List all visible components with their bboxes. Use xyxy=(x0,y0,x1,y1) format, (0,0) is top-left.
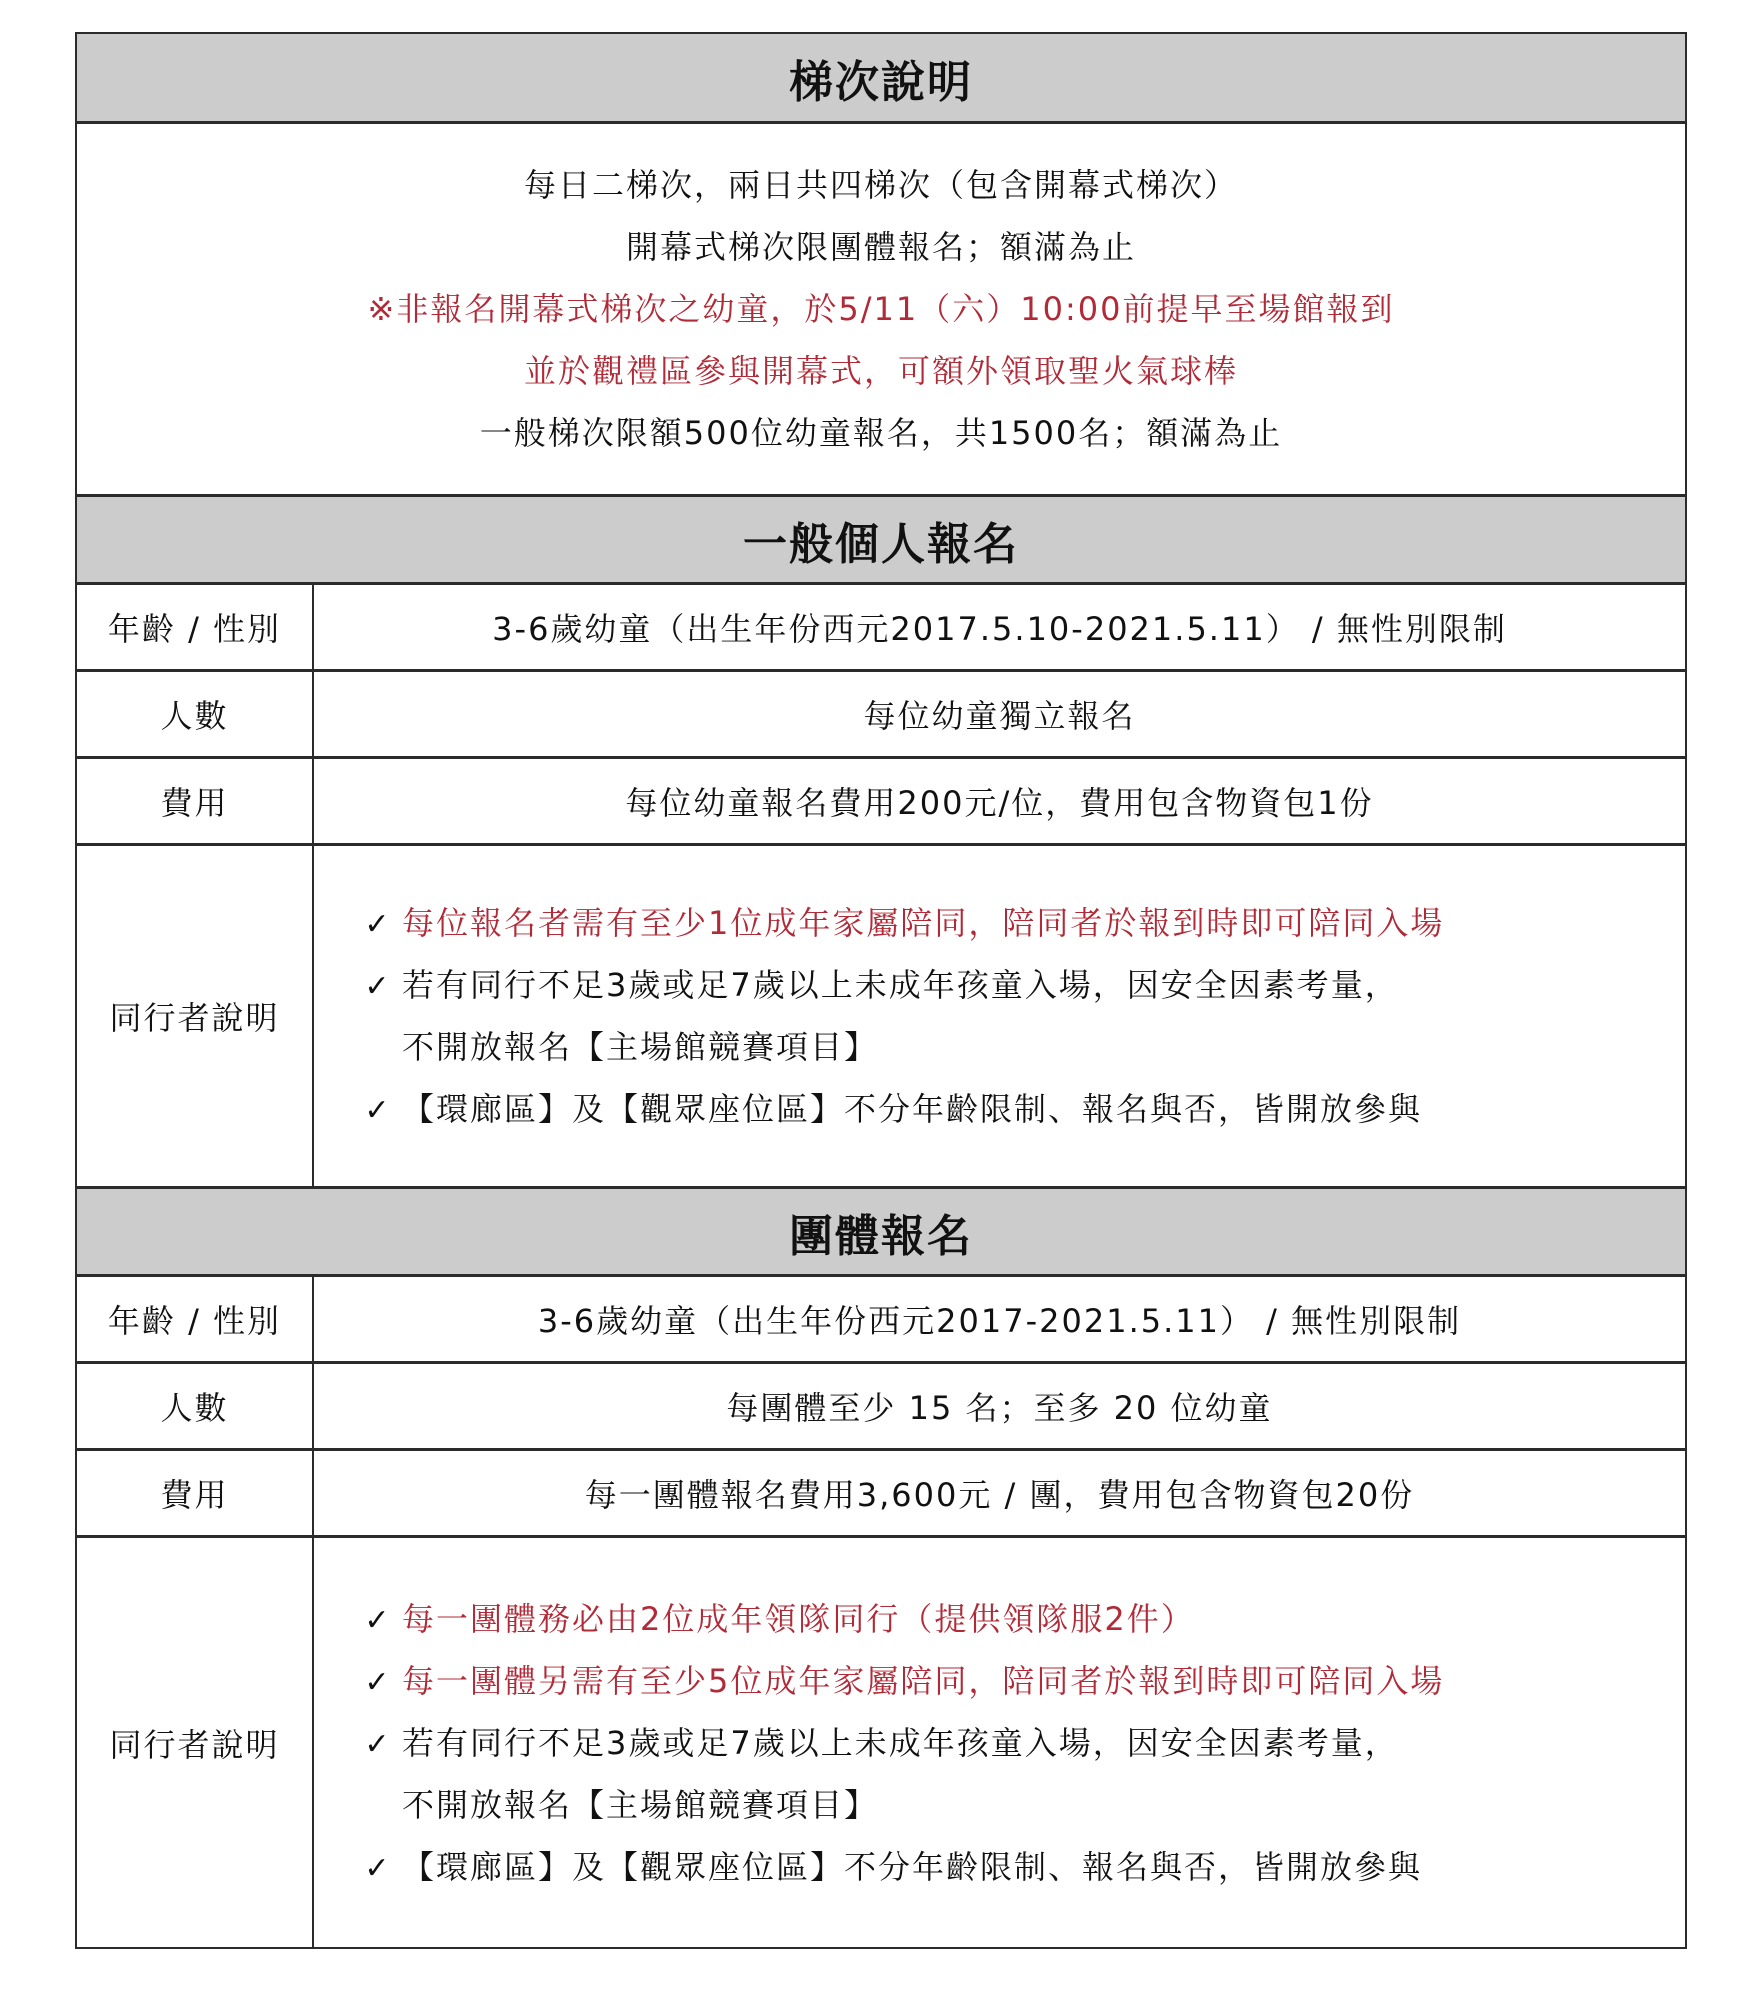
row-value: 每一團體報名費用3,600元 / 團，費用包含物資包20份 xyxy=(314,1451,1685,1535)
companion-checklist: ✓ 每一團體務必由2位成年領隊同行（提供領隊服2件） ✓ 每一團體另需有至少5位… xyxy=(354,1588,1444,1898)
row-value: ✓ 每一團體務必由2位成年領隊同行（提供領隊服2件） ✓ 每一團體另需有至少5位… xyxy=(314,1538,1685,1947)
table-row-companion: 同行者說明 ✓ 每一團體務必由2位成年領隊同行（提供領隊服2件） ✓ 每一團體另… xyxy=(77,1538,1685,1947)
table-row-fee: 費用 每一團體報名費用3,600元 / 團，費用包含物資包20份 xyxy=(77,1451,1685,1538)
checklist-item: ✓ 每一團體另需有至少5位成年家屬陪同，陪同者於報到時即可陪同入場 xyxy=(354,1650,1444,1712)
row-value: 每團體至少 15 名；至多 20 位幼童 xyxy=(314,1364,1685,1448)
row-label: 人數 xyxy=(77,672,314,756)
row-label: 同行者說明 xyxy=(77,846,314,1186)
companion-checklist: ✓ 每位報名者需有至少1位成年家屬陪同，陪同者於報到時即可陪同入場 ✓ 若有同行… xyxy=(354,892,1444,1140)
row-label: 年齡 / 性別 xyxy=(77,1277,314,1361)
checkmark-icon: ✓ xyxy=(354,1838,402,1900)
registration-info-table: 梯次說明 每日二梯次，兩日共四梯次（包含開幕式梯次） 開幕式梯次限團體報名；額滿… xyxy=(75,32,1687,1949)
section-header-individual: 一般個人報名 xyxy=(77,497,1685,585)
checklist-item: ✓ 每位報名者需有至少1位成年家屬陪同，陪同者於報到時即可陪同入場 xyxy=(354,892,1444,954)
sessions-description: 每日二梯次，兩日共四梯次（包含開幕式梯次） 開幕式梯次限團體報名；額滿為止 ※非… xyxy=(77,124,1685,497)
table-row-fee: 費用 每位幼童報名費用200元/位，費用包含物資包1份 xyxy=(77,759,1685,846)
checkmark-icon: ✓ xyxy=(354,956,402,1018)
section-header-group: 團體報名 xyxy=(77,1189,1685,1277)
sessions-line-highlight: ※非報名開幕式梯次之幼童，於5/11（六）10:00前提早至場館報到 xyxy=(368,278,1395,340)
checklist-item: ✓ 【環廊區】及【觀眾座位區】不分年齡限制、報名與否，皆開放參與 xyxy=(354,1836,1444,1898)
checklist-text: 每一團體務必由2位成年領隊同行（提供領隊服2件） xyxy=(402,1588,1195,1650)
table-row-companion: 同行者說明 ✓ 每位報名者需有至少1位成年家屬陪同，陪同者於報到時即可陪同入場 … xyxy=(77,846,1685,1189)
checklist-text: 每一團體另需有至少5位成年家屬陪同，陪同者於報到時即可陪同入場 xyxy=(402,1650,1444,1712)
sessions-line: 一般梯次限額500位幼童報名，共1500名；額滿為止 xyxy=(480,402,1283,464)
checklist-continuation: 不開放報名【主場館競賽項目】 xyxy=(354,1774,1444,1836)
checklist-text: 【環廊區】及【觀眾座位區】不分年齡限制、報名與否，皆開放參與 xyxy=(402,1836,1422,1898)
checklist-continuation: 不開放報名【主場館競賽項目】 xyxy=(354,1016,1444,1078)
checklist-text: 不開放報名【主場館競賽項目】 xyxy=(402,1774,878,1836)
sessions-line: 開幕式梯次限團體報名；額滿為止 xyxy=(626,216,1136,278)
row-label: 同行者說明 xyxy=(77,1538,314,1947)
row-value: 每位幼童報名費用200元/位，費用包含物資包1份 xyxy=(314,759,1685,843)
checkmark-icon: ✓ xyxy=(354,1714,402,1776)
table-row-headcount: 人數 每團體至少 15 名；至多 20 位幼童 xyxy=(77,1364,1685,1451)
checkmark-icon: ✓ xyxy=(354,1080,402,1142)
row-value: ✓ 每位報名者需有至少1位成年家屬陪同，陪同者於報到時即可陪同入場 ✓ 若有同行… xyxy=(314,846,1685,1186)
section-title: 一般個人報名 xyxy=(743,508,1019,572)
sessions-line: 每日二梯次，兩日共四梯次（包含開幕式梯次） xyxy=(524,154,1238,216)
sessions-line-highlight: 並於觀禮區參與開幕式，可額外領取聖火氣球棒 xyxy=(524,340,1238,402)
checklist-item: ✓ 每一團體務必由2位成年領隊同行（提供領隊服2件） xyxy=(354,1588,1444,1650)
row-label: 費用 xyxy=(77,759,314,843)
section-title: 梯次說明 xyxy=(789,46,973,110)
checkmark-icon: ✓ xyxy=(354,1652,402,1714)
checklist-text: 【環廊區】及【觀眾座位區】不分年齡限制、報名與否，皆開放參與 xyxy=(402,1078,1422,1140)
checklist-item: ✓ 若有同行不足3歲或足7歲以上未成年孩童入場，因安全因素考量， xyxy=(354,954,1444,1016)
row-label: 年齡 / 性別 xyxy=(77,585,314,669)
row-value: 3-6歲幼童（出生年份西元2017.5.10-2021.5.11） / 無性別限… xyxy=(314,585,1685,669)
checklist-item: ✓ 【環廊區】及【觀眾座位區】不分年齡限制、報名與否，皆開放參與 xyxy=(354,1078,1444,1140)
checklist-item: ✓ 若有同行不足3歲或足7歲以上未成年孩童入場，因安全因素考量， xyxy=(354,1712,1444,1774)
row-label: 費用 xyxy=(77,1451,314,1535)
row-value: 每位幼童獨立報名 xyxy=(314,672,1685,756)
checklist-text: 若有同行不足3歲或足7歲以上未成年孩童入場，因安全因素考量， xyxy=(402,954,1399,1016)
table-row-age-gender: 年齡 / 性別 3-6歲幼童（出生年份西元2017.5.10-2021.5.11… xyxy=(77,585,1685,672)
section-header-sessions: 梯次說明 xyxy=(77,34,1685,124)
checkmark-icon: ✓ xyxy=(354,894,402,956)
table-row-age-gender: 年齡 / 性別 3-6歲幼童（出生年份西元2017-2021.5.11） / 無… xyxy=(77,1277,1685,1364)
row-label: 人數 xyxy=(77,1364,314,1448)
checkmark-icon: ✓ xyxy=(354,1590,402,1652)
table-row-headcount: 人數 每位幼童獨立報名 xyxy=(77,672,1685,759)
section-title: 團體報名 xyxy=(789,1200,973,1264)
checklist-text: 若有同行不足3歲或足7歲以上未成年孩童入場，因安全因素考量， xyxy=(402,1712,1399,1774)
checklist-text: 每位報名者需有至少1位成年家屬陪同，陪同者於報到時即可陪同入場 xyxy=(402,892,1444,954)
row-value: 3-6歲幼童（出生年份西元2017-2021.5.11） / 無性別限制 xyxy=(314,1277,1685,1361)
checklist-text: 不開放報名【主場館競賽項目】 xyxy=(402,1016,878,1078)
